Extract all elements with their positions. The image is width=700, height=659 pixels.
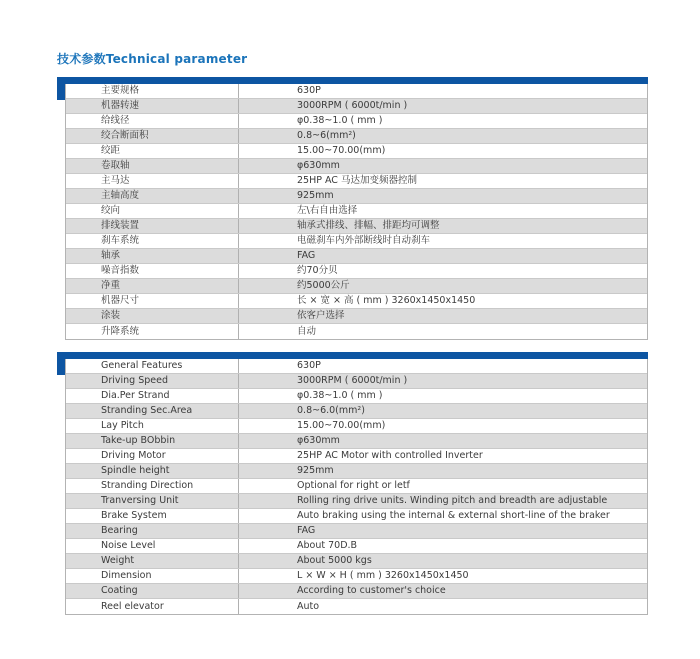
table-row: Driving Speed3000RPM ( 6000t/min ) — [66, 374, 647, 389]
table-row: 绞向左\右自由选择 — [66, 204, 647, 219]
table-row: Lay Pitch15.00~70.00(mm) — [66, 419, 647, 434]
param-value: φ630mm — [239, 159, 647, 173]
param-value: 依客户选择 — [239, 309, 647, 323]
param-label: Take-up BObbin — [66, 434, 239, 448]
table-row: 轴承FAG — [66, 249, 647, 264]
param-label: Driving Speed — [66, 374, 239, 388]
param-label: Noise Level — [66, 539, 239, 553]
param-label: Weight — [66, 554, 239, 568]
param-label: Driving Motor — [66, 449, 239, 463]
param-label: Bearing — [66, 524, 239, 538]
param-label: Reel elevator — [66, 599, 239, 614]
param-value: 3000RPM ( 6000t/min ) — [239, 99, 647, 113]
param-value: 15.00~70.00(mm) — [239, 144, 647, 158]
param-label: 升降系统 — [66, 324, 239, 339]
param-label: Spindle height — [66, 464, 239, 478]
param-value: φ630mm — [239, 434, 647, 448]
param-value: φ0.38~1.0 ( mm ) — [239, 114, 647, 128]
param-value: 3000RPM ( 6000t/min ) — [239, 374, 647, 388]
table-row: 绞合断面积0.8~6(mm²) — [66, 129, 647, 144]
param-value: 630P — [239, 359, 647, 373]
param-label: 排线装置 — [66, 219, 239, 233]
table-row: Tranversing UnitRolling ring drive units… — [66, 494, 647, 509]
param-value: 左\右自由选择 — [239, 204, 647, 218]
table-row: Noise LevelAbout 70D.B — [66, 539, 647, 554]
param-value: FAG — [239, 249, 647, 263]
param-label: 主要规格 — [66, 84, 239, 98]
table-top-accent-bar — [57, 77, 648, 84]
param-label: General Features — [66, 359, 239, 373]
param-label: 净重 — [66, 279, 239, 293]
table-row: 主轴高度925mm — [66, 189, 647, 204]
param-value: FAG — [239, 524, 647, 538]
table-top-accent-bar — [57, 352, 648, 359]
param-label: 绞合断面积 — [66, 129, 239, 143]
param-label: 主马达 — [66, 174, 239, 188]
table-left-accent-bar — [57, 77, 65, 100]
table-row: 机器尺寸长 × 宽 × 高 ( mm ) 3260x1450x1450 — [66, 294, 647, 309]
param-value: About 70D.B — [239, 539, 647, 553]
param-value: 630P — [239, 84, 647, 98]
table-row: DimensionL × W × H ( mm ) 3260x1450x1450 — [66, 569, 647, 584]
param-label: Stranding Sec.Area — [66, 404, 239, 418]
english-parameter-rows: General Features630PDriving Speed3000RPM… — [65, 359, 648, 615]
param-label: 给线径 — [66, 114, 239, 128]
table-row: Driving Motor25HP AC Motor with controll… — [66, 449, 647, 464]
table-row: 升降系统自动 — [66, 324, 647, 339]
param-label: Dimension — [66, 569, 239, 583]
param-label: 噪音指数 — [66, 264, 239, 278]
param-value: 25HP AC Motor with controlled Inverter — [239, 449, 647, 463]
param-label: Lay Pitch — [66, 419, 239, 433]
table-row: 噪音指数约70分贝 — [66, 264, 647, 279]
param-label: 轴承 — [66, 249, 239, 263]
table-row: 排线装置轴承式排线、排幅、排距均可调整 — [66, 219, 647, 234]
table-row: 给线径φ0.38~1.0 ( mm ) — [66, 114, 647, 129]
param-label: 涂装 — [66, 309, 239, 323]
table-row: CoatingAccording to customer's choice — [66, 584, 647, 599]
table-row: 绞距15.00~70.00(mm) — [66, 144, 647, 159]
table-row: 刹车系统电磁刹车内外部断线时自动刹车 — [66, 234, 647, 249]
param-value: 自动 — [239, 324, 647, 339]
param-label: 刹车系统 — [66, 234, 239, 248]
spec-table-chinese: 主要规格630P机器转速3000RPM ( 6000t/min )给线径φ0.3… — [57, 77, 648, 340]
table-row: 净重约5000公斤 — [66, 279, 647, 294]
param-label: 机器转速 — [66, 99, 239, 113]
table-row: 涂装依客户选择 — [66, 309, 647, 324]
table-row: WeightAbout 5000 kgs — [66, 554, 647, 569]
param-value: 0.8~6.0(mm²) — [239, 404, 647, 418]
param-label: 卷取轴 — [66, 159, 239, 173]
table-row: 主马达25HP AC 马达加变频器控制 — [66, 174, 647, 189]
table-row: 主要规格630P — [66, 84, 647, 99]
param-value: 925mm — [239, 189, 647, 203]
table-row: Stranding Sec.Area0.8~6.0(mm²) — [66, 404, 647, 419]
param-value: Auto braking using the internal & extern… — [239, 509, 647, 523]
param-label: Coating — [66, 584, 239, 598]
param-value: 约5000公斤 — [239, 279, 647, 293]
param-value: 925mm — [239, 464, 647, 478]
param-value: 轴承式排线、排幅、排距均可调整 — [239, 219, 647, 233]
spec-table-english: General Features630PDriving Speed3000RPM… — [57, 352, 648, 615]
param-label: 绞距 — [66, 144, 239, 158]
param-value: 电磁刹车内外部断线时自动刹车 — [239, 234, 647, 248]
param-value: φ0.38~1.0 ( mm ) — [239, 389, 647, 403]
param-value: L × W × H ( mm ) 3260x1450x1450 — [239, 569, 647, 583]
table-row: Stranding DirectionOptional for right or… — [66, 479, 647, 494]
page-title: 技术参数Technical parameter — [57, 50, 247, 67]
table-left-accent-bar — [57, 352, 65, 375]
param-label: Dia.Per Strand — [66, 389, 239, 403]
table-row: Brake SystemAuto braking using the inter… — [66, 509, 647, 524]
param-label: 绞向 — [66, 204, 239, 218]
param-value: Auto — [239, 599, 647, 614]
param-value: 25HP AC 马达加变频器控制 — [239, 174, 647, 188]
table-row: 机器转速3000RPM ( 6000t/min ) — [66, 99, 647, 114]
param-value: According to customer's choice — [239, 584, 647, 598]
param-value: 15.00~70.00(mm) — [239, 419, 647, 433]
param-value: Rolling ring drive units. Winding pitch … — [239, 494, 647, 508]
param-label: Stranding Direction — [66, 479, 239, 493]
param-value: 长 × 宽 × 高 ( mm ) 3260x1450x1450 — [239, 294, 647, 308]
param-value: 0.8~6(mm²) — [239, 129, 647, 143]
table-row: Take-up BObbinφ630mm — [66, 434, 647, 449]
table-row: Spindle height925mm — [66, 464, 647, 479]
param-value: About 5000 kgs — [239, 554, 647, 568]
param-value: Optional for right or letf — [239, 479, 647, 493]
table-row: Reel elevatorAuto — [66, 599, 647, 614]
table-row: BearingFAG — [66, 524, 647, 539]
param-label: 机器尺寸 — [66, 294, 239, 308]
table-row: Dia.Per Strandφ0.38~1.0 ( mm ) — [66, 389, 647, 404]
param-label: Brake System — [66, 509, 239, 523]
chinese-parameter-rows: 主要规格630P机器转速3000RPM ( 6000t/min )给线径φ0.3… — [65, 84, 648, 340]
param-label: Tranversing Unit — [66, 494, 239, 508]
table-row: General Features630P — [66, 359, 647, 374]
param-label: 主轴高度 — [66, 189, 239, 203]
table-row: 卷取轴φ630mm — [66, 159, 647, 174]
param-value: 约70分贝 — [239, 264, 647, 278]
